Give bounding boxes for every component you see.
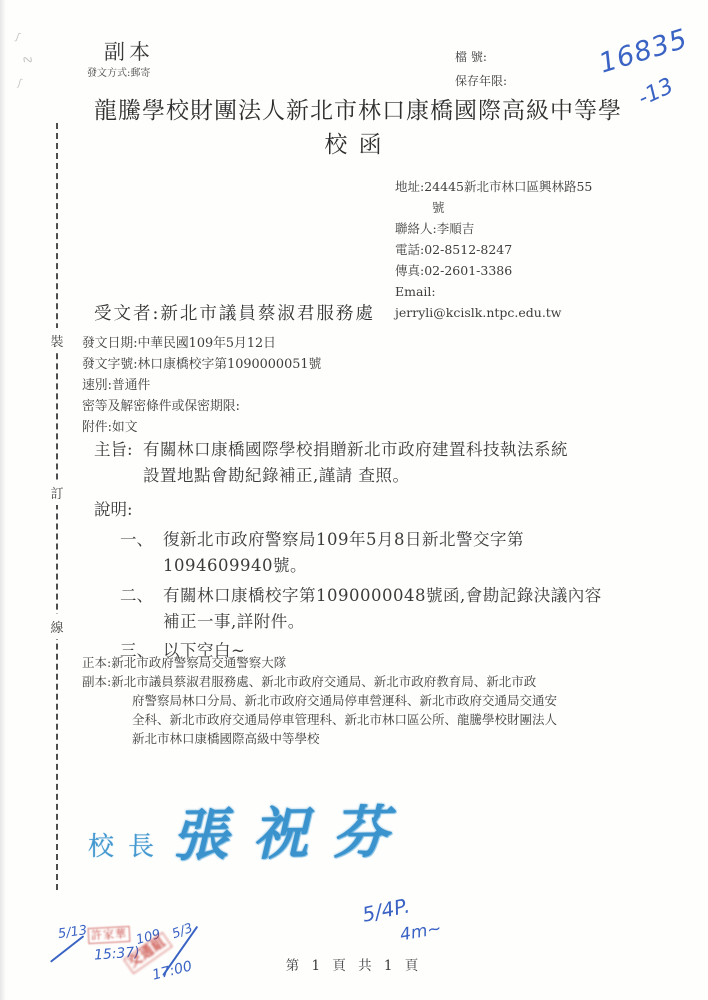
handwritten-date: 5/13 bbox=[57, 923, 88, 942]
document-page: ʃ ∿ ʃ 裝 訂 線 副本 發文方式:郵寄 檔 號: 保存年限: 16835 … bbox=[0, 0, 708, 1000]
sender-email-label: Email: bbox=[395, 281, 592, 302]
binding-char-ding: 訂 bbox=[49, 480, 65, 505]
speed-class: 速別:普通件 bbox=[82, 375, 321, 396]
issue-number: 發文字號:林口康橋校字第1090000051號 bbox=[82, 354, 321, 375]
subject-text-line1: 有關林口康橋國際學校捐贈新北市政府建置科技執法系統 bbox=[143, 436, 568, 460]
sender-phone: 電話:02-8512-8247 bbox=[395, 239, 592, 260]
distribution-block: 正本:新北市政府警察局交通警察大隊 副本:新北市議員蔡淑君服務處、新北市政府交通… bbox=[82, 653, 557, 748]
document-meta-block: 發文日期:中華民國109年5月12日 發文字號:林口康橋校字第109000005… bbox=[82, 333, 321, 438]
explanation-item2-line2: 補正一事,詳附件。 bbox=[163, 608, 305, 632]
name-stamp-1: 許家華 bbox=[88, 926, 131, 944]
principal-signature-stamp: 張祝芬 bbox=[171, 788, 412, 872]
explanation-item2-number: 二、 bbox=[120, 582, 153, 606]
principal-title: 校長 bbox=[88, 826, 168, 863]
binding-dashed-line bbox=[56, 123, 58, 890]
retention-period-label: 保存年限: bbox=[455, 72, 507, 89]
pencil-mark: ʃ bbox=[14, 32, 21, 43]
explanation-label: 說明: bbox=[94, 496, 133, 520]
delivery-method: 發文方式:郵寄 bbox=[87, 64, 150, 79]
handwritten-scribble-1: 5/4P. bbox=[360, 893, 412, 926]
subject-label: 主旨: bbox=[94, 436, 133, 460]
explanation-item1-number: 一、 bbox=[120, 526, 153, 550]
pencil-mark: ∿ bbox=[19, 50, 37, 70]
original-recipient: 正本:新北市政府警察局交通警察大隊 bbox=[82, 653, 557, 672]
document-title-line1: 龍騰學校財團法人新北市林口康橋國際高級中等學 bbox=[94, 92, 622, 125]
binding-char-zhuang: 裝 bbox=[49, 328, 65, 353]
sender-fax: 傳真:02-2601-3386 bbox=[395, 260, 592, 281]
binding-char-xian: 線 bbox=[49, 614, 65, 639]
copy-type-label: 副本 bbox=[104, 36, 154, 66]
sender-email: jerryli@kcislk.ntpc.edu.tw bbox=[395, 302, 592, 323]
copy-recipients-line3: 全科、新北市政府交通局停車管理科、新北市林口區公所、龍騰學校財團法人 bbox=[82, 710, 557, 729]
handwritten-date-2: 5/3 bbox=[170, 921, 195, 942]
sender-info-block: 地址:24445新北市林口區興林路55 號 聯絡人:李順吉 電話:02-8512… bbox=[395, 176, 592, 323]
security-class: 密等及解密條件或保密期限: bbox=[82, 396, 321, 417]
sender-address-line1: 地址:24445新北市林口區興林路55 bbox=[395, 176, 592, 197]
pencil-mark: ʃ bbox=[17, 78, 23, 89]
document-title-line2: 校 函 bbox=[0, 126, 708, 159]
explanation-item1-line1: 復新北市政府警察局109年5月8日新北警交字第 bbox=[163, 526, 524, 550]
sender-address-line2: 號 bbox=[395, 197, 592, 218]
explanation-item2-line1: 有關林口康橋校字第1090000048號函,會勘記錄決議內容 bbox=[163, 582, 602, 606]
copy-recipients-line2: 府警察局林口分局、新北市政府交通局停車營運科、新北市政府交通局交通安 bbox=[82, 691, 557, 710]
recipient-line: 受文者:新北市議員蔡淑君服務處 bbox=[94, 300, 375, 325]
explanation-item1-line2: 1094609940號。 bbox=[163, 552, 307, 576]
attachment-note: 附件:如文 bbox=[82, 417, 321, 438]
subject-text-line2: 設置地點會勘紀錄補正,謹請 查照。 bbox=[143, 462, 410, 486]
sender-contact: 聯絡人:李順吉 bbox=[395, 218, 592, 239]
copy-recipients-line1: 副本:新北市議員蔡淑君服務處、新北市政府交通局、新北市政府教育局、新北市政 bbox=[82, 672, 557, 691]
handwritten-file-number-suffix: -13 bbox=[634, 74, 677, 112]
issue-date: 發文日期:中華民國109年5月12日 bbox=[82, 333, 321, 354]
handwritten-file-number: 16835 bbox=[595, 23, 691, 79]
copy-recipients-line4: 新北市林口康橋國際高級中等學校 bbox=[82, 729, 557, 748]
file-number-label: 檔 號: bbox=[455, 48, 487, 65]
page-indicator: 第 1 頁 共 1 頁 bbox=[0, 954, 708, 974]
handwritten-scribble-2: 4m~ bbox=[399, 919, 443, 946]
